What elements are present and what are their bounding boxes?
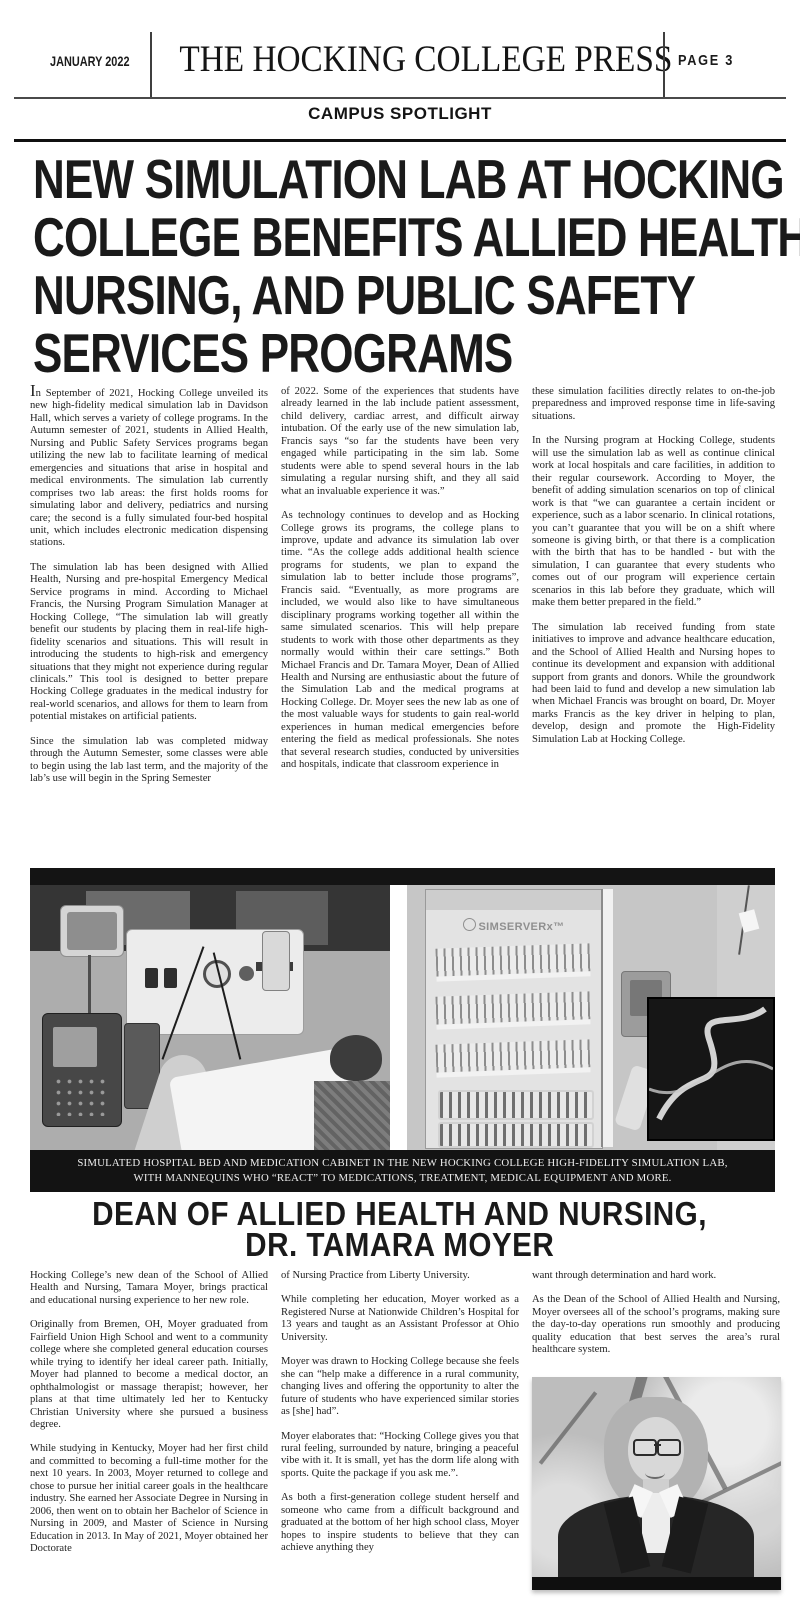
sim-bed-photo (30, 885, 390, 1150)
newspaper-page: JANUARY 2022 THE HOCKING COLLEGE PRESS P… (0, 0, 800, 1618)
paragraph: of Nursing Practice from Liberty Univers… (281, 1270, 519, 1282)
mannequin-head-graphic (330, 1035, 382, 1081)
paragraph: these simulation facilities directly rel… (532, 386, 775, 423)
masthead-date: JANUARY 2022 (50, 53, 130, 69)
masthead-page-number: PAGE 3 (678, 52, 734, 69)
headline-line: SERVICES PROGRAMS (33, 324, 793, 382)
paragraph: Originally from Bremen, OH, Moyer gradua… (30, 1319, 268, 1431)
outlet-graphic (145, 968, 158, 988)
article1-column-1: In September of 2021, Hocking College un… (30, 386, 268, 798)
article1-column-3: these simulation facilities directly rel… (532, 386, 775, 758)
paragraph: want through determination and hard work… (532, 1270, 780, 1282)
section-label: CAMPUS SPOTLIGHT (0, 104, 800, 124)
paragraph: The simulation lab has been designed wit… (30, 562, 268, 724)
lens-graphic (657, 1439, 681, 1456)
headline-line-text: DR. TAMARA MOYER (245, 1229, 554, 1260)
caption-line-2: WITH MANNEQUINS WHO “REACT” TO MEDICATIO… (30, 1171, 775, 1186)
article2-headline: DEAN OF ALLIED HEALTH AND NURSING, DR. T… (0, 1198, 800, 1260)
headline-line: COLLEGE BENEFITS ALLIED HEALTH, (33, 208, 793, 266)
medication-cabinet-photo: SIMSERVERx™ (407, 885, 775, 1150)
cabinet-top-graphic (426, 890, 602, 910)
headline-line-text: DEAN OF ALLIED HEALTH AND NURSING, (93, 1198, 708, 1229)
headline-line-text: NURSING, AND PUBLIC SAFETY (33, 266, 695, 324)
paragraph: The simulation lab received funding from… (532, 622, 775, 747)
tree-branch-graphic (702, 1451, 781, 1504)
article2-column-3: want through determination and hard work… (532, 1270, 780, 1369)
paragraph: Moyer elaborates that: “Hocking College … (281, 1431, 519, 1481)
headline-line-text: COLLEGE BENEFITS ALLIED HEALTH, (33, 208, 800, 266)
iv-bottle-graphic (262, 931, 290, 991)
glasses-graphic (633, 1439, 681, 1455)
outlet-graphic (164, 968, 177, 988)
simserver-logo-text: SIMSERVERx™ (478, 921, 564, 933)
simserver-mark-icon (463, 918, 476, 931)
photo-spread: SIMSERVERx™ SIMULATED HOSPITAL BED AND M… (30, 868, 775, 1192)
paragraph: In the Nursing program at Hocking Colleg… (532, 435, 775, 609)
article1-column-2: of 2022. Some of the experiences that st… (281, 386, 519, 784)
infusion-pump-graphic (42, 1013, 122, 1127)
wall-monitor-graphic (647, 997, 775, 1141)
medication-shelf-graphic (435, 991, 590, 1029)
article2-column-1: Hocking College’s new dean of the School… (30, 1270, 268, 1568)
pump-buttons-graphic (53, 1076, 111, 1116)
article2-column-2: of Nursing Practice from Liberty Univers… (281, 1270, 519, 1567)
masthead-title: THE HOCKING COLLEGE PRESS (152, 38, 662, 81)
headline-line-text: NEW SIMULATION LAB AT HOCKING (33, 150, 784, 208)
masthead-rule-right (663, 32, 665, 97)
tree-branch-graphic (539, 1391, 598, 1464)
paragraph: As both a first-generation college stude… (281, 1492, 519, 1554)
paragraph: As technology continues to develop and a… (281, 510, 519, 772)
medication-shelf-graphic (435, 1039, 590, 1077)
cabinet-door-graphic (601, 889, 613, 1147)
medication-cabinet-graphic: SIMSERVERx™ (425, 889, 603, 1149)
dean-portrait-photo (532, 1377, 781, 1590)
vitals-monitor-graphic (60, 905, 124, 957)
photo-bottom-bar (532, 1577, 781, 1590)
paragraph: In September of 2021, Hocking College un… (30, 386, 268, 550)
simserver-logo: SIMSERVERx™ (426, 918, 602, 933)
section-divider (14, 139, 786, 142)
headline-line-text: SERVICES PROGRAMS (33, 324, 512, 382)
headline-line: NURSING, AND PUBLIC SAFETY (33, 266, 793, 324)
paragraph: Moyer was drawn to Hocking College becau… (281, 1356, 519, 1418)
photo-top-bar (30, 868, 775, 885)
paragraph: Since the simulation lab was completed m… (30, 736, 268, 786)
paragraph: While completing her education, Moyer wo… (281, 1294, 519, 1344)
medication-basket-graphic (438, 1090, 594, 1120)
masthead-divider (14, 97, 786, 99)
paragraph: While studying in Kentucky, Moyer had he… (30, 1443, 268, 1555)
headline-line: NEW SIMULATION LAB AT HOCKING (33, 150, 793, 208)
photo-caption: SIMULATED HOSPITAL BED AND MEDICATION CA… (30, 1150, 775, 1192)
paragraph: Hocking College’s new dean of the School… (30, 1270, 268, 1307)
pump-screen-graphic (53, 1027, 97, 1067)
article1-headline: NEW SIMULATION LAB AT HOCKING COLLEGE BE… (33, 150, 793, 382)
knob-graphic (239, 966, 254, 981)
medication-shelf-graphic (435, 943, 590, 981)
patient-gown-graphic (314, 1081, 390, 1150)
paragraph: As the Dean of the School of Allied Heal… (532, 1294, 780, 1356)
lens-graphic (633, 1439, 657, 1456)
headline-line: DEAN OF ALLIED HEALTH AND NURSING, (0, 1198, 800, 1229)
screensaver-swirl-graphic (649, 999, 773, 1139)
caption-line-1: SIMULATED HOSPITAL BED AND MEDICATION CA… (30, 1156, 775, 1171)
paragraph: of 2022. Some of the experiences that st… (281, 386, 519, 498)
smile-graphic (645, 1467, 665, 1479)
medication-basket-graphic (438, 1122, 594, 1148)
masthead-title-text: THE HOCKING COLLEGE PRESS (179, 38, 672, 81)
glasses-bridge-graphic (654, 1444, 661, 1446)
headline-line: DR. TAMARA MOYER (0, 1229, 800, 1260)
monitor-screen-graphic (67, 912, 117, 950)
